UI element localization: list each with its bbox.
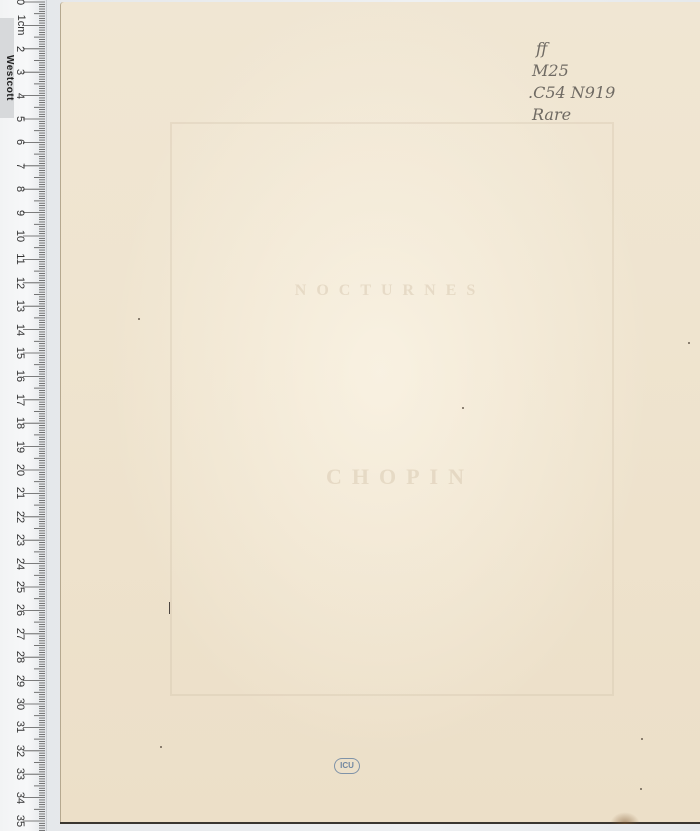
- library-stamp: ICU: [334, 758, 360, 774]
- ruler-number: 0: [14, 0, 26, 11]
- ruler-number: 2: [14, 40, 26, 58]
- ruler-number: 1cm: [15, 12, 27, 38]
- ruler-number: 13: [14, 297, 26, 315]
- ruler-number: 16: [14, 367, 26, 385]
- annotation-line: Rare: [532, 104, 648, 126]
- ruler-number: 27: [14, 625, 26, 643]
- ruler-number: 28: [14, 648, 26, 666]
- paper-speck: [160, 746, 162, 748]
- ruler-number: 35: [14, 812, 26, 830]
- paper-stain: [610, 812, 640, 824]
- measurement-ruler: Westcott 01cm234567891011121314151617181…: [0, 0, 47, 831]
- paper-speck: [640, 788, 642, 790]
- paper-mark: [169, 602, 170, 614]
- ruler-number: 30: [14, 695, 26, 713]
- ruler-number: 15: [14, 344, 26, 362]
- show-through-frame: [170, 122, 614, 696]
- ruler-number: 25: [14, 578, 26, 596]
- ruler-number: 14: [14, 321, 26, 339]
- ruler-number: 8: [14, 180, 26, 198]
- ruler-number: 12: [14, 274, 26, 292]
- paper-speck: [462, 407, 464, 409]
- ruler-number: 33: [14, 765, 26, 783]
- ruler-number: 31: [14, 718, 26, 736]
- paper-speck: [641, 738, 643, 740]
- ruler-number: 5: [14, 110, 26, 128]
- annotation-line: M25: [532, 60, 648, 82]
- show-through-title: NOCTURNES: [260, 282, 520, 300]
- ruler-number: 24: [14, 555, 26, 573]
- ruler-number: 21: [14, 484, 26, 502]
- ruler-number: 3: [14, 63, 26, 81]
- ruler-number: 34: [14, 789, 26, 807]
- ruler-number: 20: [14, 461, 26, 479]
- ruler-number: 22: [14, 508, 26, 526]
- ruler-number: 6: [14, 133, 26, 151]
- paper-speck: [138, 318, 140, 320]
- annotation-line: ff: [536, 38, 648, 60]
- ruler-number: 29: [14, 672, 26, 690]
- ruler-number: 4: [14, 87, 26, 105]
- ruler-number: 19: [14, 438, 26, 456]
- document-page: NOCTURNES CHOPIN ff M25 .C54 N919 Rare I…: [60, 2, 700, 824]
- ruler-number: 32: [14, 742, 26, 760]
- ruler-number: 7: [14, 157, 26, 175]
- ruler-number: 26: [14, 601, 26, 619]
- catalog-annotation: ff M25 .C54 N919 Rare: [528, 38, 648, 126]
- ruler-number: 10: [14, 227, 26, 245]
- show-through-composer: CHOPIN: [280, 464, 520, 490]
- ruler-number: 18: [14, 414, 26, 432]
- ruler-number: 11: [14, 250, 26, 268]
- annotation-line: .C54 N919: [528, 82, 648, 104]
- ruler-number: 9: [14, 204, 26, 222]
- paper-speck: [688, 342, 690, 344]
- ruler-number: 17: [14, 391, 26, 409]
- ruler-number: 23: [14, 531, 26, 549]
